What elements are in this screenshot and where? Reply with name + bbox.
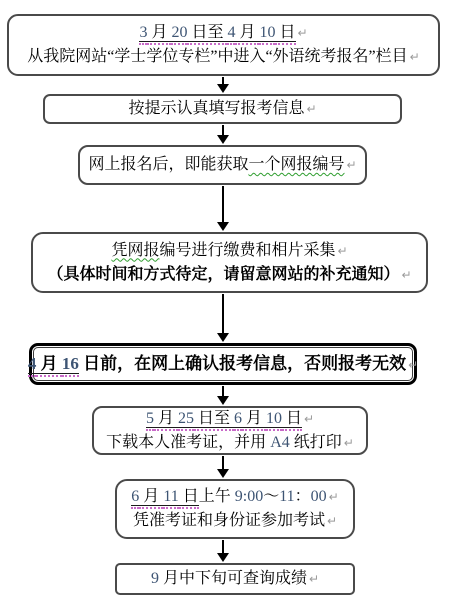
return-mark-icon: ↵ — [304, 412, 314, 426]
text-segment: 9 — [151, 570, 159, 587]
text-segment: 网上报名后，即能获取 — [88, 156, 248, 173]
arrow-head-icon — [217, 135, 229, 144]
text-segment: 按提示认真填写报考信息 — [128, 100, 304, 117]
flow-step-3-get-online-number: 网上报名后，即能获取一个网报编号↵ — [78, 145, 367, 185]
text-segment: 日 — [179, 488, 199, 506]
flow-arrow-down — [217, 456, 229, 478]
arrow-head-icon — [217, 469, 229, 478]
text-segment: 从我院网站“学士学位专栏”中进入“外语统考报名”栏目 — [27, 48, 407, 65]
text-segment: 日至 — [187, 24, 227, 42]
text-segment: 5 — [146, 410, 154, 428]
flow-arrow-down — [217, 77, 229, 93]
flow-arrow-down — [217, 294, 229, 342]
arrow-shaft — [222, 386, 224, 396]
return-mark-icon: ↵ — [344, 436, 354, 450]
flow-arrow-down — [217, 540, 229, 562]
text-segment: 编号进行缴费和相片采集 — [159, 242, 335, 259]
text-segment: 日至 — [194, 410, 234, 428]
return-mark-icon: ↵ — [346, 158, 356, 172]
text-segment: 月 — [242, 410, 266, 428]
text-segment: 日 — [275, 24, 295, 42]
return-mark-icon: ↵ — [329, 490, 339, 504]
arrow-head-icon — [217, 84, 229, 93]
text-segment: 11 — [163, 488, 178, 506]
text-segment: 月中下旬可查询成绩 — [159, 570, 307, 587]
step-text-line: 3 月 20 日至 4 月 10 日↵ — [139, 21, 307, 45]
return-mark-icon: ↵ — [298, 26, 308, 40]
step-text-line: 按提示认真填写报考信息↵ — [128, 97, 316, 121]
arrow-head-icon — [217, 553, 229, 562]
flow-arrow-down — [217, 125, 229, 144]
text-segment: 00 — [311, 488, 327, 505]
flow-step-7-take-exam: 6 月 11 日上午 9:00～11：00↵ 凭准考证和身份证参加考试↵ — [115, 479, 355, 539]
text-segment: 日前，在网上确认报考信息，否则报考无效 — [79, 354, 406, 373]
arrow-shaft — [222, 77, 224, 84]
text-segment: 月 — [36, 354, 62, 374]
return-mark-icon: ↵ — [410, 50, 420, 64]
arrow-head-icon — [217, 333, 229, 342]
return-mark-icon: ↵ — [327, 514, 337, 528]
step-text-line: 6 月 11 日上午 9:00～11：00↵ — [131, 485, 338, 509]
arrow-shaft — [222, 456, 224, 469]
flow-step-8-check-results: 9 月中下旬可查询成绩↵ — [115, 563, 355, 595]
text-segment: 月 — [139, 488, 163, 506]
text-segment: 10 — [259, 24, 275, 42]
text-segment: 10 — [266, 410, 282, 428]
text-segment: 25 — [178, 410, 194, 428]
step-text-line: 网上报名后，即能获取一个网报编号↵ — [88, 153, 356, 177]
text-segment: 11 — [279, 488, 294, 505]
flow-arrow-down — [217, 186, 229, 231]
text-segment: 上午 — [199, 488, 235, 505]
text-segment: A4 — [270, 434, 290, 451]
step-text-line: 4 月 16 日前，在网上确认报考信息，否则报考无效↵ — [28, 352, 418, 377]
text-segment: ～ — [263, 488, 279, 505]
text-segment: 月 — [235, 24, 259, 42]
arrow-head-icon — [217, 396, 229, 405]
text-segment: 凭网报 — [111, 242, 159, 259]
flowchart-canvas: 3 月 20 日至 4 月 10 日↵ 从我院网站“学士学位专栏”中进入“外语统… — [0, 0, 451, 605]
step-text-line: 9 月中下旬可查询成绩↵ — [151, 567, 319, 591]
arrow-shaft — [222, 540, 224, 553]
step-text-line: 下载本人准考证，并用 A4 纸打印↵ — [106, 431, 354, 455]
return-mark-icon: ↵ — [337, 244, 347, 258]
text-segment: 一个网报编号 — [248, 156, 344, 173]
flow-step-1-online-entry-period: 3 月 20 日至 4 月 10 日↵ 从我院网站“学士学位专栏”中进入“外语统… — [7, 14, 440, 76]
text-segment: 下载本人准考证，并用 — [106, 434, 270, 451]
arrow-shaft — [222, 125, 224, 135]
text-segment: 16 — [62, 354, 79, 374]
text-segment: 日 — [282, 410, 302, 428]
return-mark-icon: ↵ — [401, 268, 411, 282]
step-text-line: 5 月 25 日至 6 月 10 日↵ — [146, 407, 314, 431]
flow-step-4-pay-and-photo: 凭网报编号进行缴费和相片采集↵ （具体时间和方式待定，请留意网站的补充通知）↵ — [31, 232, 428, 293]
text-segment: ： — [295, 488, 311, 505]
text-segment: 月 — [147, 24, 171, 42]
flow-step-2-fill-in-info: 按提示认真填写报考信息↵ — [43, 94, 402, 124]
text-segment: 月 — [154, 410, 178, 428]
text-segment: 9:00 — [235, 488, 263, 505]
return-mark-icon: ↵ — [309, 572, 319, 586]
step-text-line: （具体时间和方式待定，请留意网站的补充通知）↵ — [47, 263, 411, 287]
text-segment: 凭准考证和身份证参加考试 — [133, 512, 325, 529]
flow-arrow-down — [217, 386, 229, 405]
text-segment: 纸打印 — [290, 434, 342, 451]
text-segment: 6 — [234, 410, 242, 428]
step-text-line: 凭网报编号进行缴费和相片采集↵ — [111, 239, 347, 263]
return-mark-icon: ↵ — [306, 102, 316, 116]
text-segment: （具体时间和方式待定，请留意网站的补充通知） — [47, 266, 399, 283]
flow-step-6-print-admission-ticket: 5 月 25 日至 6 月 10 日↵ 下载本人准考证，并用 A4 纸打印↵ — [92, 406, 368, 455]
flow-step-5-confirm-info-deadline: 4 月 16 日前，在网上确认报考信息，否则报考无效↵ — [29, 343, 417, 385]
return-mark-icon: ↵ — [408, 358, 418, 372]
arrow-head-icon — [217, 222, 229, 231]
step-text-line: 从我院网站“学士学位专栏”中进入“外语统考报名”栏目↵ — [27, 45, 419, 69]
step-text-line: 凭准考证和身份证参加考试↵ — [133, 509, 337, 533]
text-segment: 20 — [171, 24, 187, 42]
arrow-shaft — [222, 294, 224, 333]
arrow-shaft — [222, 186, 224, 222]
